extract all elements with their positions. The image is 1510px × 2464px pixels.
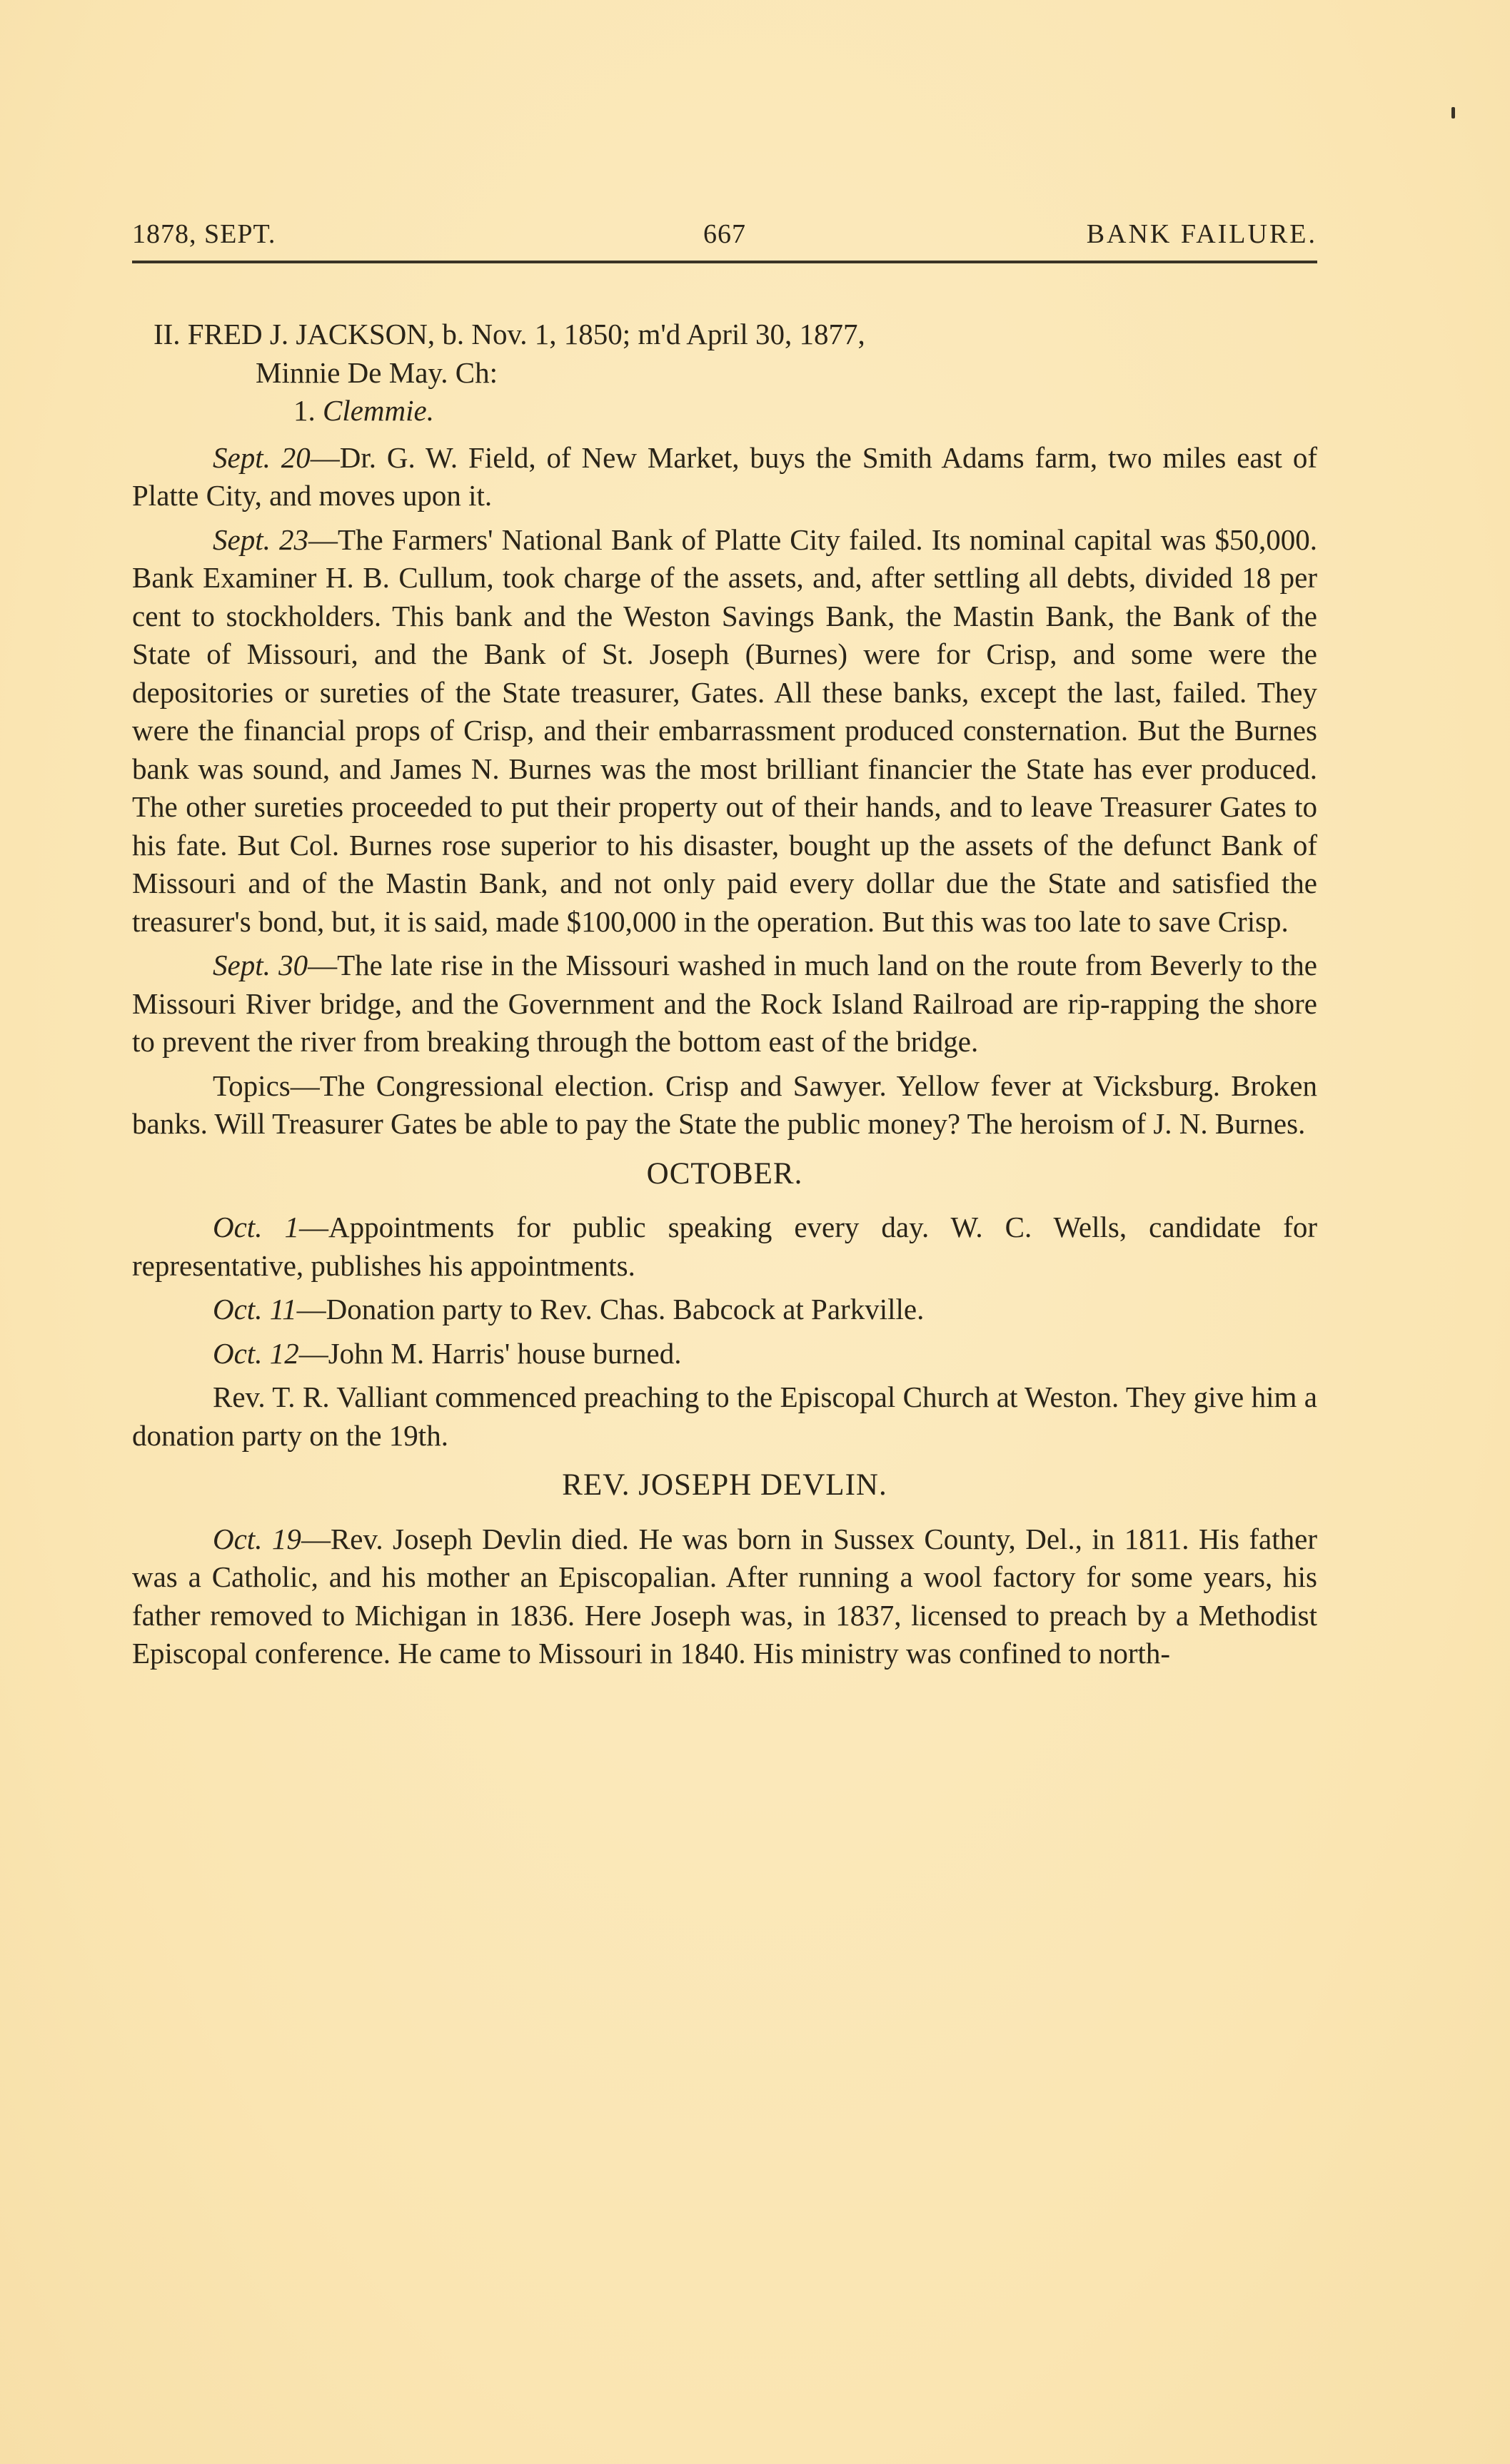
entry-text: —Appointments for public speaking every … xyxy=(132,1211,1317,1282)
header-title: BANK FAILURE. xyxy=(1087,218,1317,250)
topics-paragraph: Topics—The Congressional election. Crisp… xyxy=(132,1067,1317,1143)
page-number: 667 xyxy=(703,218,746,250)
section-heading-devlin: REV. JOSEPH DEVLIN. xyxy=(132,1466,1317,1505)
entry-text: —John M. Harris' house burned. xyxy=(299,1337,682,1370)
child-number: 1. xyxy=(293,394,316,427)
entry-oct-11: Oct. 11—Donation party to Rev. Chas. Bab… xyxy=(132,1291,1317,1329)
entry-date: Oct. 1 xyxy=(213,1211,299,1243)
entry-text: —Donation party to Rev. Chas. Babcock at… xyxy=(297,1293,925,1326)
entry-date: Sept. 30 xyxy=(213,949,308,981)
entry-date: Oct. 19 xyxy=(213,1523,301,1555)
entry-date: Sept. 23 xyxy=(213,523,308,556)
entry-text: —The late rise in the Missouri washed in… xyxy=(132,949,1317,1058)
entry-oct-12: Oct. 12—John M. Harris' house burned. xyxy=(132,1335,1317,1373)
valliant-paragraph: Rev. T. R. Valliant commenced preaching … xyxy=(132,1378,1317,1455)
entry-text: —Rev. Joseph Devlin died. He was born in… xyxy=(132,1523,1317,1670)
genealogy-line-2: Minnie De May. Ch: xyxy=(132,354,1317,393)
page-body: II. FRED J. JACKSON, b. Nov. 1, 1850; m'… xyxy=(132,315,1317,1679)
entry-text: —The Farmers' National Bank of Platte Ci… xyxy=(132,523,1317,938)
entry-sept-30: Sept. 30—The late rise in the Missouri w… xyxy=(132,946,1317,1061)
header-rule xyxy=(132,261,1317,263)
entry-oct-1: Oct. 1—Appointments for public speaking … xyxy=(132,1208,1317,1285)
genealogy-line-3: 1. Clemmie. xyxy=(132,392,1317,430)
genealogy-line-1: II. FRED J. JACKSON, b. Nov. 1, 1850; m'… xyxy=(132,315,1317,354)
entry-sept-23: Sept. 23—The Farmers' National Bank of P… xyxy=(132,521,1317,941)
entry-text: —Dr. G. W. Field, of New Market, buys th… xyxy=(132,441,1317,513)
entry-date: Oct. 11 xyxy=(213,1293,297,1326)
running-header: 1878, SEPT. 667 BANK FAILURE. xyxy=(132,218,1317,254)
section-heading-october: OCTOBER. xyxy=(132,1155,1317,1193)
header-date: 1878, SEPT. xyxy=(132,218,276,250)
entry-sept-20: Sept. 20—Dr. G. W. Field, of New Market,… xyxy=(132,439,1317,515)
entry-date: Oct. 12 xyxy=(213,1337,299,1370)
child-name: Clemmie. xyxy=(323,394,434,427)
ink-speck xyxy=(1451,107,1455,118)
entry-oct-19: Oct. 19—Rev. Joseph Devlin died. He was … xyxy=(132,1520,1317,1673)
entry-date: Sept. 20 xyxy=(213,441,311,474)
genealogy-entry: II. FRED J. JACKSON, b. Nov. 1, 1850; m'… xyxy=(132,315,1317,430)
